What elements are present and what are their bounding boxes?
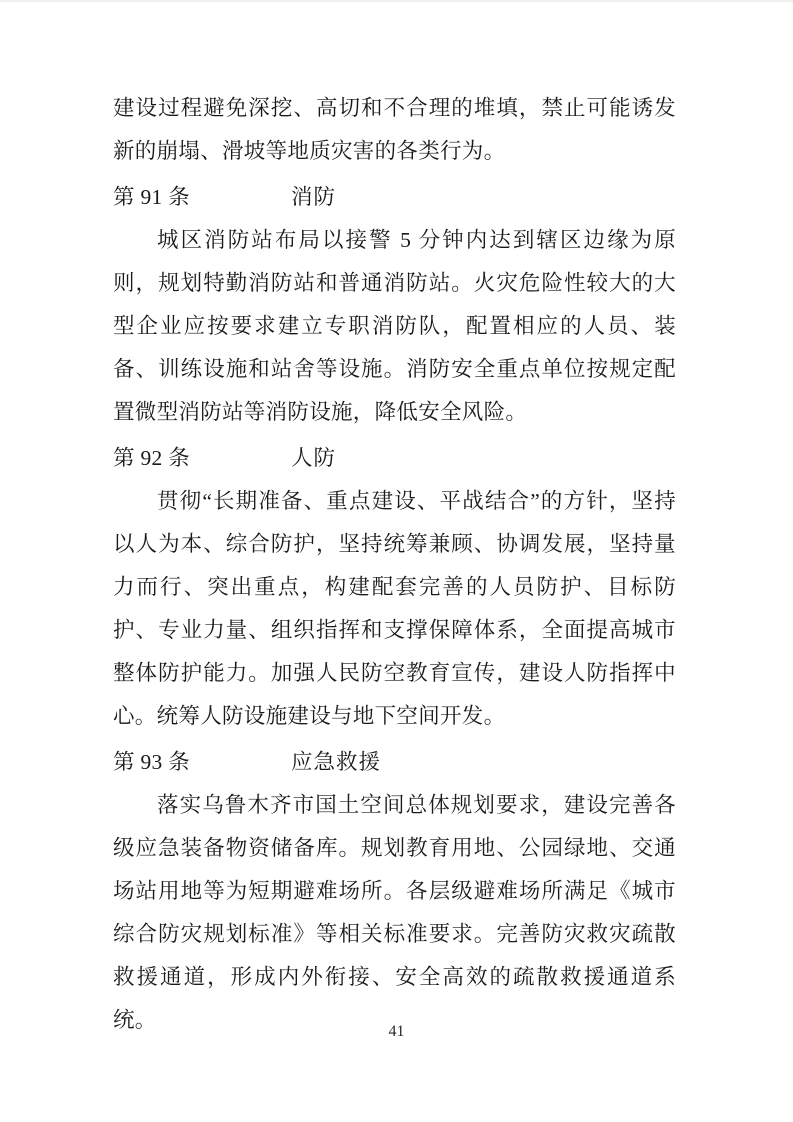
paragraph: 贯彻“长期准备、重点建设、平战结合”的方针，坚持以人为本、综合防护，坚持统筹兼顾… — [113, 480, 676, 738]
document-page: 建设过程避免深挖、高切和不合理的堆填，禁止可能诱发新的崩塌、滑坡等地质灾害的各类… — [0, 0, 793, 1122]
paragraph: 建设过程避免深挖、高切和不合理的堆填，禁止可能诱发新的崩塌、滑坡等地质灾害的各类… — [113, 87, 676, 173]
article-title: 消防 — [291, 176, 336, 219]
article-heading: 第 92 条人防 — [113, 437, 676, 480]
article-title: 应急救援 — [291, 741, 381, 784]
article-title: 人防 — [291, 437, 336, 480]
paragraph: 落实乌鲁木齐市国土空间总体规划要求，建设完善各级应急装备物资储备库。规划教育用地… — [113, 784, 676, 1042]
article-number: 第 91 条 — [113, 176, 235, 219]
article-heading: 第 91 条消防 — [113, 176, 676, 219]
article-number: 第 93 条 — [113, 741, 235, 784]
page-number: 41 — [0, 1021, 793, 1043]
document-body: 建设过程避免深挖、高切和不合理的堆填，禁止可能诱发新的崩塌、滑坡等地质灾害的各类… — [113, 87, 676, 1042]
article-number: 第 92 条 — [113, 437, 235, 480]
article-heading: 第 93 条应急救援 — [113, 741, 676, 784]
paragraph: 城区消防站布局以接警 5 分钟内达到辖区边缘为原则，规划特勤消防站和普通消防站。… — [113, 219, 676, 434]
